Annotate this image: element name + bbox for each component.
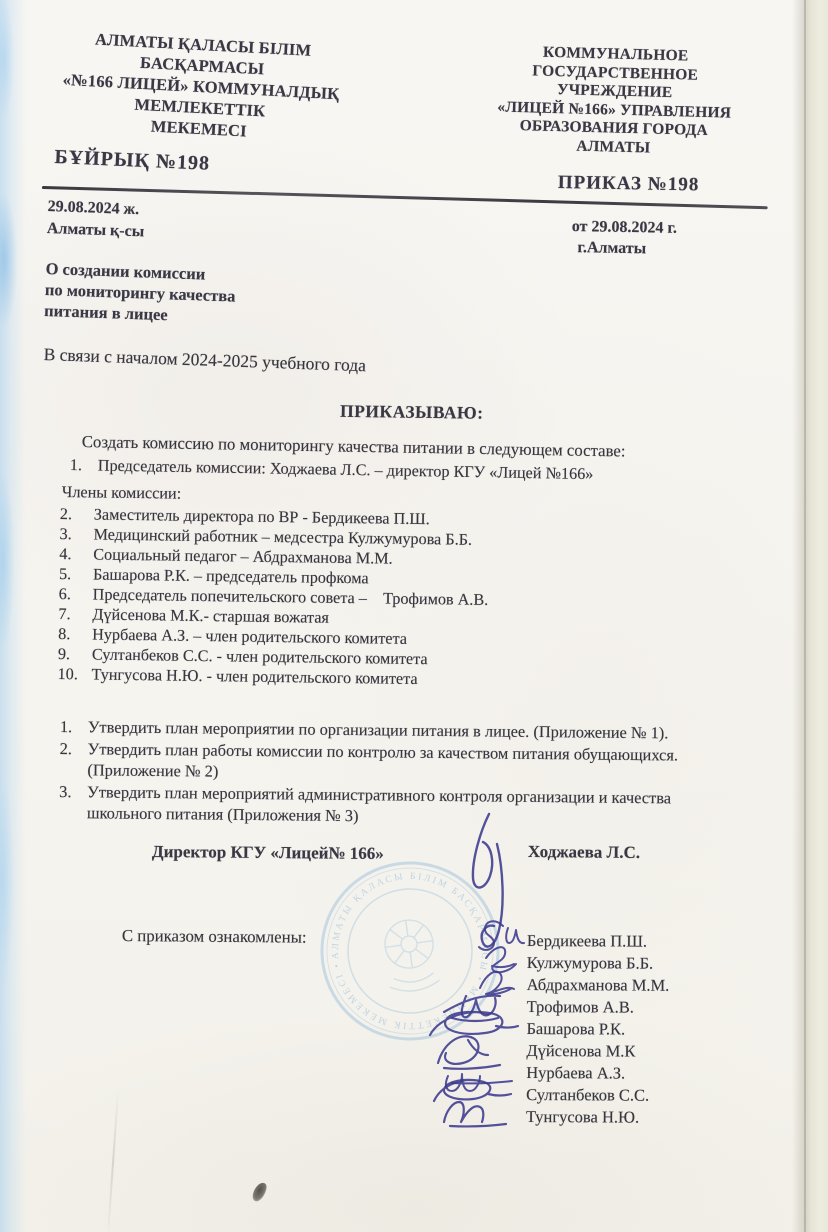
ack-name: Кулжумурова Б.Б. <box>527 952 670 975</box>
ack-name: Нурбаева А.З. <box>526 1062 669 1085</box>
list-number: 1. <box>70 456 98 475</box>
paper-crease <box>107 1088 119 1232</box>
resolutions-list: 1.Утвердить план мероприятии по организа… <box>59 716 772 831</box>
paper-fold-right <box>792 0 828 1232</box>
order-subject: О создании комиссии по мониторингу качес… <box>44 258 237 328</box>
list-number: 2. <box>59 738 87 780</box>
order-date-russian: от 29.08.2024 г. <box>572 216 677 239</box>
commission-members-list: 2.Заместитель директора по ВР - Бердикее… <box>57 504 779 694</box>
acknowledgement-label: С приказом ознакомлены: <box>122 926 307 948</box>
ack-name: Бердикеева П.Ш. <box>527 930 670 953</box>
list-number: 10. <box>57 664 91 684</box>
list-item: 3.Утвердить план мероприятий администрат… <box>59 781 771 830</box>
order-place-kazakh: Алматы қ-сы <box>46 218 144 243</box>
ack-name: Султанбеков С.С. <box>526 1084 669 1107</box>
ack-name: Абдрахманова М.М. <box>527 974 670 997</box>
members-label: Члены комиссии: <box>62 483 182 504</box>
list-text: Утвердить план мероприятий административ… <box>87 781 727 830</box>
list-number: 5. <box>59 564 93 584</box>
official-seal-stamp: АЛМАТЫ ҚАЛАСЫ БІЛІМ БАСҚАРМАСЫ • МЕМЛЕКЕ… <box>315 856 505 1046</box>
order-number-russian: ПРИКАЗ №198 <box>558 172 700 196</box>
letterhead-kazakh: АЛМАТЫ ҚАЛАСЫ БІЛІМ БАСҚАРМАСЫ «№166 ЛИЦ… <box>43 26 360 147</box>
dateline-left: 29.08.2024 ж. Алматы қ-сы <box>46 196 145 243</box>
list-item: 2.Утвердить план работы комиссии по конт… <box>59 738 771 787</box>
list-text: Утвердить план работы комиссии по контро… <box>87 738 727 787</box>
list-number: 8. <box>58 624 92 644</box>
decree-heading: ПРИКАЗЫВАЮ: <box>0 396 824 429</box>
list-number: 2. <box>60 504 94 524</box>
list-number: 3. <box>59 781 87 823</box>
letterhead-russian: КОММУНАЛЬНОЕ ГОСУДАРСТВЕННОЕ УЧРЕЖДЕНИЕ … <box>475 42 754 160</box>
list-text: Тунгусова Н.Ю. - член родительского коми… <box>91 664 417 689</box>
order-place-russian: г.Алматы <box>571 237 676 260</box>
list-number: 1. <box>60 716 88 737</box>
commission-chair-item: 1. Председатель комиссии: Ходжаева Л.С. … <box>70 456 770 487</box>
scan-edge-left <box>0 0 26 1232</box>
ack-name: Трофимов А.В. <box>527 996 670 1019</box>
list-number: 6. <box>59 584 93 604</box>
intro-paragraph: В связи с началом 2024-2025 учебного год… <box>43 344 366 376</box>
list-text: Председатель комиссии: Ходжаева Л.С. – д… <box>98 456 594 484</box>
order-number-kazakh: БҰЙРЫҚ №198 <box>54 146 211 176</box>
list-number: 7. <box>58 604 92 624</box>
scanned-document-page: АЛМАТЫ ҚАЛАСЫ БІЛІМ БАСҚАРМАСЫ «№166 ЛИЦ… <box>0 0 828 1232</box>
list-number: 3. <box>59 524 93 544</box>
ack-name: Тунгусова Н.Ю. <box>526 1106 669 1129</box>
acknowledgement-names: Бердикеева П.Ш. Кулжумурова Б.Б. Абдрахм… <box>526 930 670 1129</box>
dateline-right: от 29.08.2024 г. г.Алматы <box>571 216 677 260</box>
director-name: Ходжаева Л.С. <box>528 842 640 863</box>
list-number: 9. <box>58 644 92 664</box>
ink-smudge <box>250 1181 268 1204</box>
ack-name: Дүйсенова М.К <box>526 1040 669 1063</box>
ack-name: Башарова Р.К. <box>526 1018 669 1041</box>
list-number: 4. <box>59 544 93 564</box>
